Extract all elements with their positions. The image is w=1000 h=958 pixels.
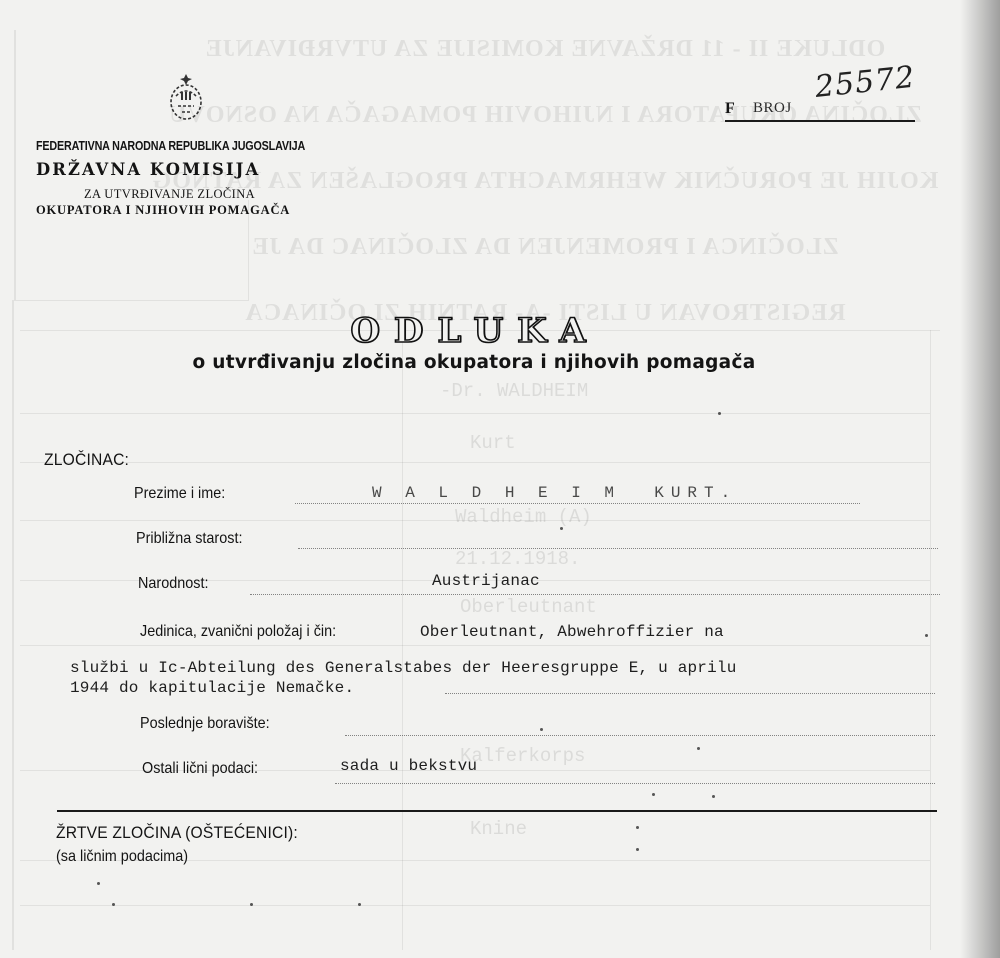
- document-page: ODLUKE II - 11 DRŽAVNE KOMISIJE ZA UTVRĐ…: [0, 0, 1000, 958]
- ghost-table-line: [14, 30, 16, 300]
- unit-position-rank-value-1: Oberleutnant, Abwehroffizier na: [420, 623, 724, 641]
- ghost-table-line: [20, 905, 930, 906]
- ghost-table-line: [930, 330, 931, 950]
- header-purpose: ZA UTVRĐIVANJE ZLOČINA: [84, 187, 255, 202]
- bleed-line: ZLOČINCA I PROMENJEN DA ZLOČINAC DA JE: [130, 236, 960, 258]
- unit-position-rank-value-2: službi u Ic-Abteilung des Generalstabes …: [70, 659, 737, 677]
- ghost-field: Kurt: [470, 432, 516, 454]
- paper-speck: [652, 793, 655, 796]
- document-title: ODLUKA: [0, 311, 950, 351]
- paper-speck: [97, 882, 100, 885]
- other-data-line: [335, 783, 935, 784]
- case-number-prefix: F: [725, 100, 735, 118]
- paper-speck: [560, 527, 563, 530]
- unit-position-rank-line: [445, 693, 935, 694]
- victims-subheading: (sa ličnim podacima): [56, 848, 188, 866]
- nationality-line: [250, 594, 940, 595]
- unit-position-rank-label: Jedinica, zvanični položaj i čin:: [140, 623, 336, 641]
- ghost-field: Oberleutnant: [460, 596, 597, 618]
- ghost-table-line: [20, 645, 930, 646]
- paper-speck: [925, 634, 928, 637]
- ghost-field: -Dr. WALDHEIM: [440, 380, 588, 402]
- last-residence-label: Poslednje boravište:: [140, 715, 270, 733]
- approx-age-line: [298, 548, 938, 549]
- name-value: W A L D H E I M KURT.: [372, 484, 737, 502]
- approx-age-label: Približna starost:: [136, 530, 242, 548]
- ghost-table-line: [12, 300, 14, 950]
- paper-speck: [112, 903, 115, 906]
- paper-speck: [250, 903, 253, 906]
- ghost-field: Waldheim (A): [455, 506, 592, 528]
- paper-speck: [718, 412, 721, 415]
- paper-speck: [358, 903, 361, 906]
- victims-heading: ŽRTVE ZLOČINA (OŠTEĆENICI):: [56, 823, 298, 843]
- bleed-line: ODLUKE II - 11 DRŽAVNE KOMISIJE ZA UTVRĐ…: [130, 38, 960, 60]
- ghost-field: Knine: [470, 818, 527, 840]
- case-number-label: BROJ: [753, 100, 792, 117]
- name-label: Prezime i ime:: [134, 485, 225, 503]
- last-residence-line: [345, 735, 935, 736]
- other-data-value: sada u bekstvu: [340, 757, 477, 775]
- paper-speck: [712, 795, 715, 798]
- paper-speck: [636, 826, 639, 829]
- header-country: FEDERATIVNA NARODNA REPUBLIKA JUGOSLAVIJ…: [36, 139, 305, 153]
- paper-speck: [540, 728, 543, 731]
- ghost-table-line: [20, 413, 930, 414]
- ghost-table-line: [14, 300, 249, 301]
- case-number: F BROJ 25572: [725, 92, 915, 122]
- header-commission: DRŽAVNA KOMISIJA: [36, 160, 260, 180]
- name-line: [295, 503, 860, 504]
- nationality-value: Austrijanac: [432, 572, 540, 590]
- criminal-heading: ZLOČINAC:: [44, 450, 129, 470]
- paper-speck: [697, 747, 700, 750]
- ghost-field: 21.12.1918.: [455, 548, 580, 570]
- nationality-label: Narodnost:: [138, 575, 208, 593]
- ghost-table-line: [20, 520, 930, 521]
- case-number-handwritten: 25572: [813, 60, 917, 105]
- section-divider: [57, 810, 937, 812]
- ghost-table-line: [20, 462, 930, 463]
- document-subtitle: o utvrđivanju zločina okupatora i njihov…: [0, 352, 948, 373]
- unit-position-rank-value-3: 1944 do kapitulacije Nemačke.: [70, 679, 354, 697]
- coat-of-arms-icon: [162, 72, 210, 128]
- other-data-label: Ostali lični podaci:: [142, 760, 258, 778]
- ghost-field: Kalferkorps: [460, 745, 585, 767]
- ghost-table-line: [402, 330, 403, 950]
- header-purpose-2: OKUPATORA I NJIHOVIH POMAGAČA: [36, 203, 290, 218]
- paper-speck: [636, 848, 639, 851]
